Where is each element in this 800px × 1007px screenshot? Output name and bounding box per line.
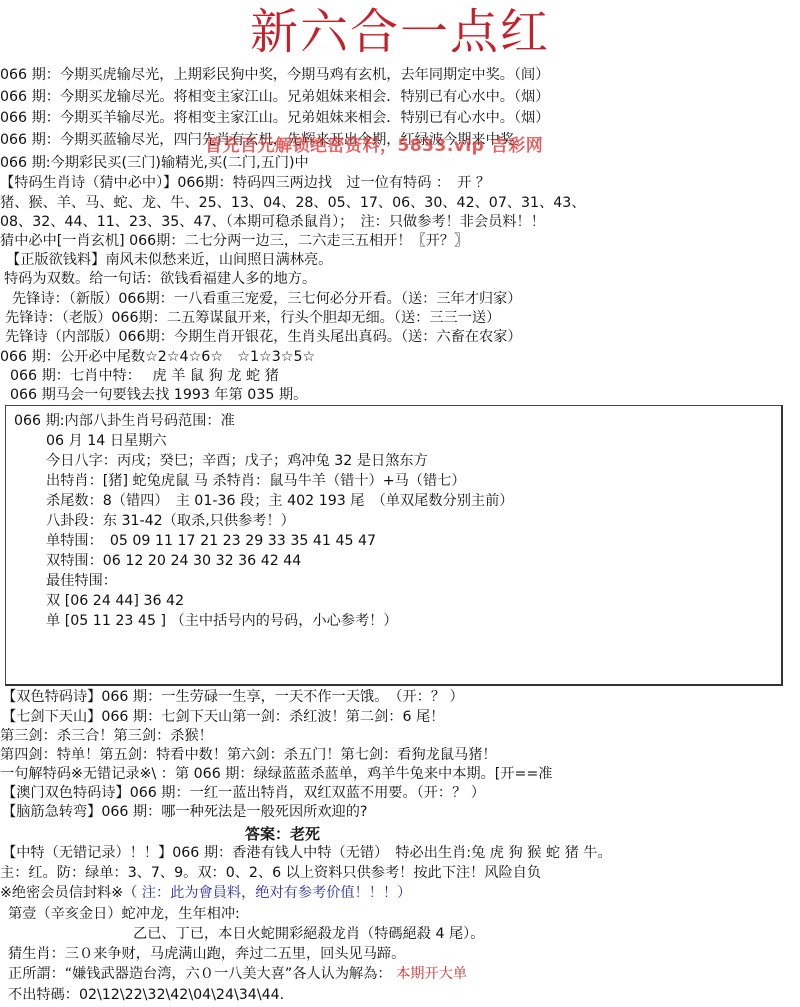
text-line: 【双色特码诗】066 期：一生劳碌一生享，一天不作一天饿。 （开：？ ） <box>2 688 464 706</box>
box-dan-te-wei: 单特围： 05 09 11 17 21 23 29 33 35 41 45 47 <box>46 532 376 550</box>
box-heading: 066 期:内部八卦生肖号码范围：准 <box>14 412 235 430</box>
text-line: 一句解特码※无错记录※\ ：第 066 期：绿绿蓝蓝杀蓝单，鸡羊牛兔来中本期。[… <box>0 765 552 783</box>
box-shuang-te-wei: 双特围：06 12 20 24 30 32 36 42 44 <box>46 552 301 570</box>
vip-note: 注：此为會員料，绝对有参考价值！！！） <box>137 885 411 901</box>
box-best-label: 最佳特围： <box>46 572 117 590</box>
text-line: 先锋诗（内部版）066期：今期生肖开银花，生肖头尾出真码。（送：六畜在农家） <box>5 328 522 346</box>
no-te-ma-line: 不出特碼：02\12\22\32\42\04\24\34\44. <box>8 986 284 1004</box>
box-date: 06 月 14 日星期六 <box>46 432 167 450</box>
text-line: 第三剑：杀三合！第三剑：杀猴！ <box>0 727 213 745</box>
box-best-shuang: 双 [06 24 44] 36 42 <box>46 592 184 610</box>
text-line: 先锋诗：（老版）066期：二五筹谋鼠开来，行头个胆却无细。（送：三三一送） <box>5 309 500 327</box>
text-line: 066 期：今期买虎输尽光，上期彩民狗中奖，今期马鸡有玄机，去年同期定中奖。（闾… <box>0 66 549 84</box>
box-bagua-duan: 八卦段：东 31-42（取杀,只供参考！） <box>46 512 295 530</box>
riddle-answer: 答案：老死 <box>245 823 320 844</box>
text-line: 猜中必中[一肖玄机] 066期：二七分两一边三，二六走三五相开！〖开？〗 <box>0 232 468 250</box>
text-line: 猜生肖：三０来争财，马虎满山跑，奔过二五里，回头见马蹄。 <box>8 945 405 963</box>
text-line: 066 期：今期买龙输尽光。将相变主家江山。兄弟姐妹来相会．特别已有心水中。（烟… <box>0 88 549 106</box>
box-chu-te-xiao: 出特肖：[猪] 蛇兔虎鼠 马 杀特肖：鼠马牛羊（错十）+马（错七） <box>46 472 466 490</box>
text-line: 【正版欲钱料】南风未似愁来近，山间照日满林亮。 <box>6 251 332 269</box>
text-line: 066 期：公开必中尾数☆2☆4☆6☆ ☆1☆3☆5☆ <box>0 348 315 366</box>
zheng-highlight: 本期开大单 <box>396 966 467 982</box>
text-line: 乙已、丁已，本日火蛇開彩絕殺龙肖（特碼絕殺 4 尾）。 <box>133 925 484 943</box>
text-line: 066 期:今期彩民买(三门)输精光,买(二门,五门)中 <box>0 154 309 172</box>
zheng-line: 正所謂：“嫌钱武器造台湾，六０一八美大喜”各人认为解為： 本期开大单 <box>8 965 467 983</box>
text-line: 【中特（无错记录）！！】066 期：香港有钱人中特（无错） 特必出生肖:兔 虎 … <box>2 844 612 862</box>
bagua-info-box: 066 期:内部八卦生肖号码范围：准 06 月 14 日星期六 今日八字：丙戌；… <box>5 405 783 686</box>
text-line: 066 期马会一句要钱去找 1993 年第 035 期。 <box>10 386 307 404</box>
text-line: 【七剑下天山】066 期：七剑下天山第一剑：杀红波！第二剑：6 尾！ <box>2 708 444 726</box>
text-line: 066 期：七肖中特： 虎 羊 鼠 狗 龙 蛇 猪 <box>10 367 279 385</box>
text-line: 先锋诗：（新版）066期：一八看重三宠爱，三七何必分开看。（送：三年才归家） <box>12 290 521 308</box>
text-line: 第四剑：特单！第五剑：特看中数！第六剑：杀五门！第七剑：看狗龙鼠马猪！ <box>0 746 497 764</box>
vip-prefix: ※绝密会员信封料※（ <box>0 885 137 901</box>
text-line: 特码为双数。给一句话：欲钱看福建人多的地方。 <box>4 270 316 288</box>
box-bazi: 今日八字：丙戌；癸巳；辛酉；戊子；鸡冲兔 32 是日煞东方 <box>46 452 428 470</box>
text-line: 【特码生肖诗（猜中必中）】066期：特码四三两边找 过一位有特码 ： 开 ？ <box>0 174 490 192</box>
text-line: 【澳门双色特码诗】066 期：一红一蓝出特肖，双红双蓝不用要。（开：？ ） <box>2 784 485 802</box>
text-line: 08、32、44、11、23、35、47、（本期可稳杀鼠肖）； 注：只做参考！非… <box>0 213 545 231</box>
vip-line: ※绝密会员信封料※（ 注：此为會員料，绝对有参考价值！！！） <box>0 884 411 902</box>
text-line: 【脑筋急转弯】066 期：哪一种死法是一般死因所欢迎的? <box>2 803 367 821</box>
box-best-dan: 单 [05 11 23 45 ] （主中括号内的号码，小心参考！） <box>46 612 398 630</box>
text-line: 主：红。防：绿单：3、7、9。双：0、2、6 以上资料只供参考！按此下注！风险自… <box>0 864 541 882</box>
zheng-prefix: 正所謂：“嫌钱武器造台湾，六０一八美大喜”各人认为解為： <box>8 966 392 982</box>
watermark: 首充百元解锁绝密资料，5833.vip 吉彩网 <box>205 131 543 156</box>
box-sha-wei-shu: 杀尾数：8（错四） 主 01-36 段；主 402 193 尾 （单双尾数分别主… <box>46 492 513 510</box>
text-line: 猪、猴、羊、马、蛇、龙、牛、25、13、04、28、05、17、06、30、42… <box>0 194 586 212</box>
text-line: 第壹（辛亥金日）蛇冲龙，生年相冲: <box>8 905 240 923</box>
page-title: 新六合一点红 <box>0 2 800 62</box>
text-line: 066 期：今期买羊输尽光。将相变主家江山。兄弟姐妹来相会．特别已有心水中。（烟… <box>0 109 549 127</box>
